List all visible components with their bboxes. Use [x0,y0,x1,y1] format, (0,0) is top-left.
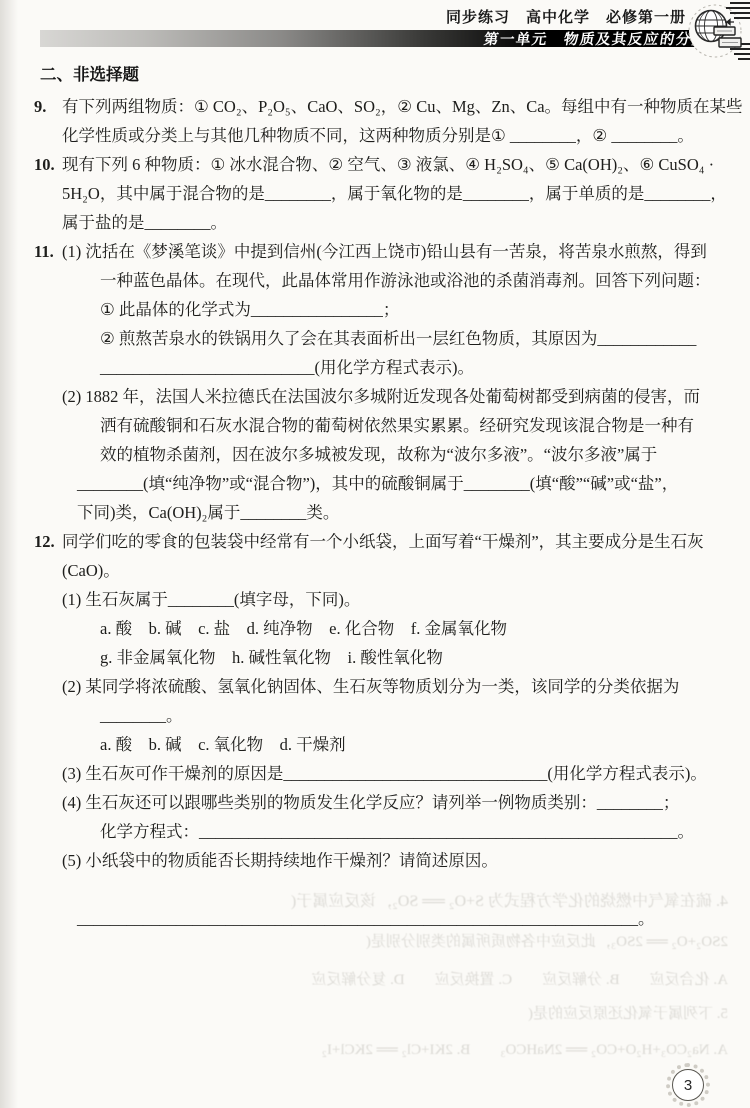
question-line: a. 酸 b. 碱 c. 氧化物 d. 干燥剂 [100,730,738,759]
question-line: (4) 生石灰还可以跟哪些类别的物质发生化学反应？请列举一例物质类别：_____… [62,788,738,817]
question-number: 11. [34,237,60,266]
question-line: 化学方程式：__________________________________… [100,817,738,846]
question-line: 5H₂O，其中属于混合物的是________，属于氧化物的是________，属… [62,179,738,208]
question-line: ② 煎熬苦泉水的铁锅用久了会在其表面析出一层红色物质，其原因为_________… [100,324,738,353]
bleedthrough-line: A. Na₂CO₃+H₂O+CO₂ ══ 2NaHCO₃ B. 2KI+Cl₂ … [22,1040,728,1060]
question-line: ________。 [100,701,738,730]
question-line: (3) 生石灰可作干燥剂的原因是________________________… [62,759,738,788]
globe-icon [696,11,727,42]
question-line: (5) 小纸袋中的物质能否长期持续地作干燥剂？请简述原因。 [62,846,738,875]
question-line: (2) 某同学将浓硫酸、氢氧化钠固体、生石灰等物质划分为一类，该同学的分类依据为 [62,672,738,701]
question-line: ① 此晶体的化学式为________________； [100,295,738,324]
question-line: 属于盐的是________。 [62,208,738,237]
question-line: (CaO)。 [62,556,738,585]
question-number: 10. [34,150,60,179]
question-line: ________________________________________… [77,904,738,933]
question-line: 同学们吃的零食的包装袋中经常有一个小纸袋，上面写着“干燥剂”，其主要成分是生石灰 [62,527,738,556]
question-10: 10. 现有下列 6 种物质：① 冰水混合物、② 空气、③ 液氯、④ H₂SO₄… [40,150,738,237]
question-line: 下同)类，Ca(OH)₂属于________类。 [77,498,738,527]
publisher-logo [688,0,750,66]
question-line: 一种蓝色晶体。在现代，此晶体常用作游泳池或浴池的杀菌消毒剂。回答下列问题： [100,266,738,295]
bleedthrough-line: 2SO₂+O₂ ══ 2SO₃，此反应中各物质所属的类别分别是( [22,932,728,952]
bleedthrough-line: 5. 下列属于氧化还原反应的是( [22,1004,728,1024]
question-line: ________(填“纯净物”或“混合物”)，其中的硫酸铜属于________(… [77,469,738,498]
bleedthrough-line: A. 化合反应 B. 分解反应 C. 置换反应 D. 复分解反应 [22,970,728,990]
workbook-page: 同步练习 高中化学 必修第一册 第一单元 物质及其反应的分类 [0,0,750,1108]
question-line: 化学性质或分类上与其他几种物质不同，这两种物质分别是① ________，② _… [62,121,738,150]
question-line: g. 非金属氧化物 h. 碱性氧化物 i. 酸性氧化物 [100,643,738,672]
page-number: 3 [684,1077,692,1094]
question-line: __________________________(用化学方程式表示)。 [100,353,738,382]
question-line: 洒有硫酸铜和石灰水混合物的葡萄树依然果实累累。经研究发现该混合物是一种有 [100,411,738,440]
question-line: (2) 1882 年，法国人米拉德氏在法国波尔多城附近发现各处葡萄树都受到病菌的… [62,382,738,411]
question-12: 12. 同学们吃的零食的包装袋中经常有一个小纸袋，上面写着“干燥剂”，其主要成分… [40,527,738,933]
question-number: 12. [34,527,60,556]
question-9: 9. 有下列两组物质：① CO₂、P₂O₅、CaO、SO₂，② Cu、Mg、Zn… [40,92,738,150]
section-title: 二、非选择题 [40,60,738,92]
question-line: (1) 生石灰属于________(填字母，下同)。 [62,585,738,614]
exercise-content: 二、非选择题 9. 有下列两组物质：① CO₂、P₂O₅、CaO、SO₂，② C… [40,60,738,933]
globe-books-icon [688,0,750,66]
book-series-title: 同步练习 高中化学 必修第一册 [0,6,686,27]
question-line: 现有下列 6 种物质：① 冰水混合物、② 空气、③ 液氯、④ H₂SO₄、⑤ C… [62,150,738,179]
question-number: 9. [34,92,60,121]
question-11: 11. (1) 沈括在《梦溪笔谈》中提到信州(今江西上饶市)铅山县有一苦泉，将苦… [40,237,738,527]
question-line: a. 酸 b. 碱 c. 盐 d. 纯净物 e. 化合物 f. 金属氧化物 [100,614,738,643]
question-line: 效的植物杀菌剂，因在波尔多城被发现，故称为“波尔多液”。“波尔多液”属于 [100,440,738,469]
question-line: (1) 沈括在《梦溪笔谈》中提到信州(今江西上饶市)铅山县有一苦泉，将苦泉水煎熬… [62,237,738,266]
page-number-badge: 3 [672,1069,704,1101]
question-line: 有下列两组物质：① CO₂、P₂O₅、CaO、SO₂，② Cu、Mg、Zn、Ca… [62,92,738,121]
unit-banner: 第一单元 物质及其反应的分类 [40,30,734,47]
